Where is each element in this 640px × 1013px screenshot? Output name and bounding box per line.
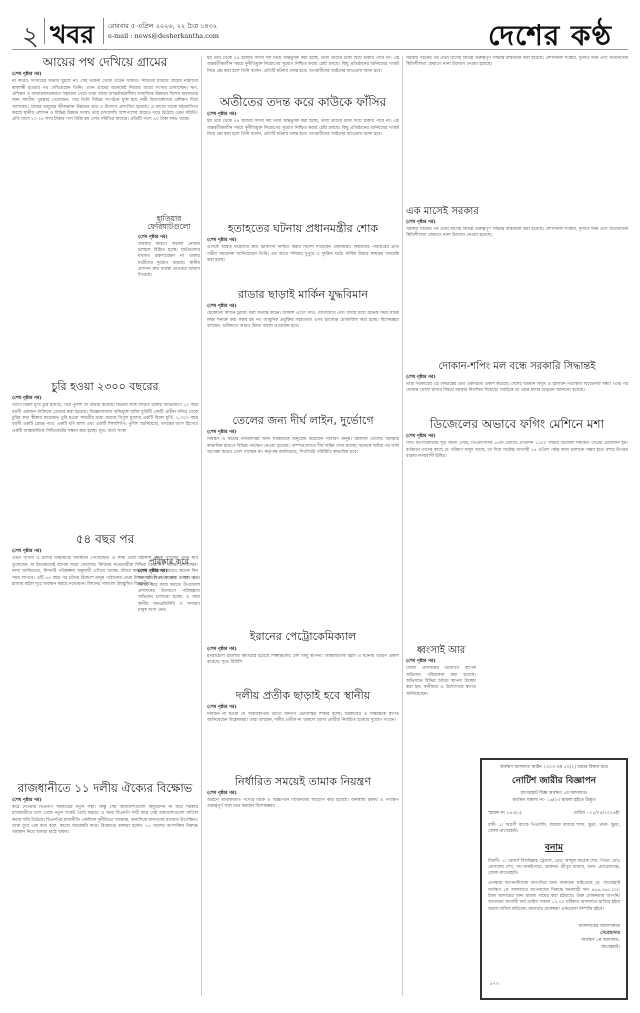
article-body: তারা সরকারের এই সিদ্ধান্তের প্রতি একাত্ম…: [406, 382, 628, 414]
article-headline[interactable]: ইরানের পেট্রোকেমিক্যাল: [207, 631, 399, 643]
continued-label: (শেষ পৃষ্ঠার পর): [406, 433, 628, 440]
newspaper-logo: দেশের কণ্ঠ: [488, 14, 612, 61]
article: নির্ধারিত সময়েই তামাক নিয়ন্ত্রণ (শেষ প…: [207, 776, 399, 938]
notice-preface: অর্থঋণ আদালত আইন ২০০৩ এর ৫০(২) ধারার বিধ…: [488, 764, 620, 771]
article: অতীতের তদন্ত করে কাউকে ফাঁসির (শেষ পৃষ্ঠ…: [207, 96, 399, 219]
signature-line: আদালতের আদেশক্রমে: [488, 923, 620, 930]
section-title: খবর: [50, 15, 94, 58]
article-headline[interactable]: তেলের জন্য দীর্ঘ লাইন, দুর্ভোগে: [207, 415, 399, 427]
continued-label: (শেষ পৃষ্ঠার পর): [12, 71, 198, 78]
article-headline[interactable]: আয়ের পথ দেখিয়ে গ্রামের: [12, 56, 198, 69]
column-divider: [402, 56, 403, 996]
notice-code: ৫৭৩: [490, 981, 499, 988]
article-body: যেকোনো মিশনে ট্রাকিং করা অত্যন্ত কঠিন। আ…: [207, 311, 399, 411]
continued-label: (শেষ পৃষ্ঠার পর): [207, 790, 399, 797]
article-headline[interactable]: দোকান-শপিং মল বন্ধে সরকারি সিদ্ধান্তই: [406, 361, 628, 372]
article: ইরানের পেট্রোকেমিক্যাল (শেষ পৃষ্ঠার পর) …: [207, 631, 399, 685]
continued-label: (শেষ পৃষ্ঠার পর): [207, 704, 399, 711]
article-headline[interactable]: নির্ধারিত সময়েই তামাক নিয়ন্ত্রণ: [207, 776, 399, 788]
continued-label: (শেষ পৃষ্ঠার পর): [406, 219, 628, 226]
notice-date: তারিখ : ০১/০৪/২০২৬ইং: [574, 810, 620, 817]
notice-court: বাগেরহাট বিজ্ঞ অর্থঋণ ১ম আদালত।: [488, 790, 620, 797]
continued-label: (শেষ পৃষ্ঠার পর): [138, 568, 200, 575]
notice-text: এতদ্বারা আপনাদিগকে অবগতির জন্য জানানো যা…: [488, 881, 620, 912]
notice-signature: আদালতের আদেশক্রমে সেরেস্তাদার অর্থঋণ ১ম …: [488, 923, 620, 951]
continued-label: (শেষ পৃষ্ঠার পর): [207, 111, 399, 118]
article-body: হয় তার থেকে ৫৪ হাজার সদস্য দল নিয়ে অন্…: [207, 119, 399, 219]
article-body: অবস্থার কারণে অনেক নৌযান চলাচল বিঘ্নিত হ…: [138, 242, 200, 542]
notice-versus: বনাম: [488, 840, 620, 855]
article-headline[interactable]: ধ্বংসাই আর: [406, 645, 476, 656]
signature-line: সেরেস্তাদার: [488, 930, 620, 937]
article: রাডার ছাড়াই মার্কিন যুদ্ধবিমান (শেষ পৃষ…: [207, 289, 399, 411]
continued-label: (শেষ পৃষ্ঠার পর): [138, 234, 200, 241]
continued-label: (শেষ পৃষ্ঠার পর): [406, 658, 476, 665]
article: ধ্বংসাই আর (শেষ পৃষ্ঠার পর) জেলা প্রশাসন…: [406, 645, 476, 886]
article: হাতিয়ার ফেরিঘাটগুলো (শেষ পৃষ্ঠার পর) অব…: [138, 215, 200, 542]
article-body: ইসরায়েলি হামলায় ক্ষতিগ্রস্ত হয়েছে শিল…: [207, 654, 399, 686]
email-link[interactable]: e-mail : news@desherkantha.com: [108, 31, 219, 41]
notice-memo: স্মারক নং ১৪৫(১): [488, 810, 522, 817]
article: হতাহতের ঘটনায় প্রধানমন্ত্রীর শোক (শেষ প…: [207, 223, 399, 285]
continued-label: (শেষ পৃষ্ঠার পর): [207, 303, 399, 310]
notice-ref-row: স্মারক নং ১৪৫(১) তারিখ : ০১/০৪/২০২৬ইং: [488, 810, 620, 817]
divider: [103, 18, 104, 44]
article-body: সরকার গঠনের পর প্রথম মাসেই বিভিন্ন গুরুত…: [406, 227, 628, 357]
signature-line: অর্থঋণ ১ম আদালত,: [488, 937, 620, 944]
article-body: সরকার গঠনের পর প্রথম মাসেই বিভিন্ন গুরুত…: [406, 56, 628, 206]
article-body: সিটি কর্পোরেশনের সূত্র জানা গেছে, ডিএনসি…: [406, 441, 628, 641]
signature-line: বাগেরহাট।: [488, 944, 620, 951]
article-headline[interactable]: দলীয় প্রতীক ছাড়াই হবে স্থানীয়: [207, 690, 399, 702]
article-headline[interactable]: রাডার ছাড়াই মার্কিন যুদ্ধবিমান: [207, 289, 399, 301]
article-body: হয় তার থেকে ৫৪ হাজার সদস্য দল নিয়ে অন্…: [207, 56, 399, 96]
continued-label: (শেষ পৃষ্ঠার পর): [406, 374, 628, 381]
article: দোকান-শপিং মল বন্ধে সরকারি সিদ্ধান্তই (শ…: [406, 361, 628, 414]
issue-date: রোববার ৫ এপ্রিল ২০২৬, ২২ চৈত্র ১৪৩২: [108, 21, 219, 31]
divider: [44, 18, 45, 44]
article: তেলের জন্য দীর্ঘ লাইন, দুর্ভোগে (শেষ পৃষ…: [207, 415, 399, 627]
article: এক মাসেই সরকার (শেষ পৃষ্ঠার পর) সরকার গঠ…: [406, 206, 628, 357]
article-body: নির্বাচন না হওয়া যে অব্যবস্থাপনা তাতে জ…: [207, 712, 399, 772]
column-middle: হয় তার থেকে ৫৪ হাজার সদস্য দল নিয়ে অন্…: [207, 56, 399, 938]
column-divider: [201, 56, 202, 996]
article-body: আইনে তামাকজাত পণ্যের বিক্রি ও বিজ্ঞাপনে …: [207, 798, 399, 938]
article-body: এদিকে আহত যাত্রীদের দ্রুত চিকিৎসা নিশ্চি…: [207, 245, 399, 285]
article-headline[interactable]: অতীতের তদন্ত করে কাউকে ফাঁসির: [207, 96, 399, 109]
article: পরিষ্কার করে (শেষ পৃষ্ঠার পর) আগামী দিনে…: [138, 558, 200, 937]
article-headline[interactable]: হতাহতের ঘটনায় প্রধানমন্ত্রীর শোক: [207, 223, 399, 235]
notice-plaintiff: বাদী- ১। অগ্রণী ব্যাংক পিএলসি, বাজার বাজ…: [488, 823, 620, 836]
column-middle-left: হাতিয়ার ফেরিঘাটগুলো (শেষ পৃষ্ঠার পর) অব…: [138, 215, 200, 936]
page-number: ২: [22, 16, 39, 60]
article-body: আগামী দিনে সরকার সবার সাথে সমন্বয় করে ক…: [138, 576, 200, 936]
article-headline[interactable]: ডিজেলের অভাবে ফগিং মেশিনে মশা: [406, 418, 628, 431]
header-rule: [12, 49, 628, 50]
notice-defendant: বিবাদী- ১। মেসার্স বিসমিল্লাহ ট্রেডার্স,…: [488, 859, 620, 878]
legal-notice: অর্থঋণ আদালত আইন ২০০৩ এর ৫০(২) ধারার বিধ…: [480, 758, 628, 1000]
continued-label: (শেষ পৃষ্ঠার পর): [207, 429, 399, 436]
dateline: রোববার ৫ এপ্রিল ২০২৬, ২২ চৈত্র ১৪৩২ e-ma…: [108, 21, 219, 41]
article: দলীয় প্রতীক ছাড়াই হবে স্থানীয় (শেষ পৃ…: [207, 690, 399, 772]
article-headline[interactable]: পরিষ্কার করে: [138, 558, 200, 567]
continued-label: (শেষ পৃষ্ঠার পর): [207, 646, 399, 653]
continued-label: (শেষ পৃষ্ঠার পর): [207, 237, 399, 244]
article-headline[interactable]: এক মাসেই সরকার: [406, 206, 486, 217]
masthead: ২ খবর রোববার ৫ এপ্রিল ২০২৬, ২২ চৈত্র ১৪৩…: [0, 0, 640, 50]
notice-case: অর্থঋণ মামলা নং- ১৬/২৩ মামলা হইতে উদ্ভূত: [488, 797, 620, 804]
article-body: জেলা প্রশাসনের উদ্যোগে ব্যাপক অভিযান পরি…: [406, 666, 476, 886]
article: ডিজেলের অভাবে ফগিং মেশিনে মশা (শেষ পৃষ্ঠ…: [406, 418, 628, 641]
notice-title: নোটিশ জারীর বিজ্ঞাপন: [488, 773, 620, 788]
article-headline[interactable]: হাতিয়ার ফেরিঘাটগুলো: [138, 215, 200, 232]
article-body: নিয়ন্ত্রণ ও কঠোর নজরদারির জন্য সরকারকে …: [207, 437, 399, 627]
